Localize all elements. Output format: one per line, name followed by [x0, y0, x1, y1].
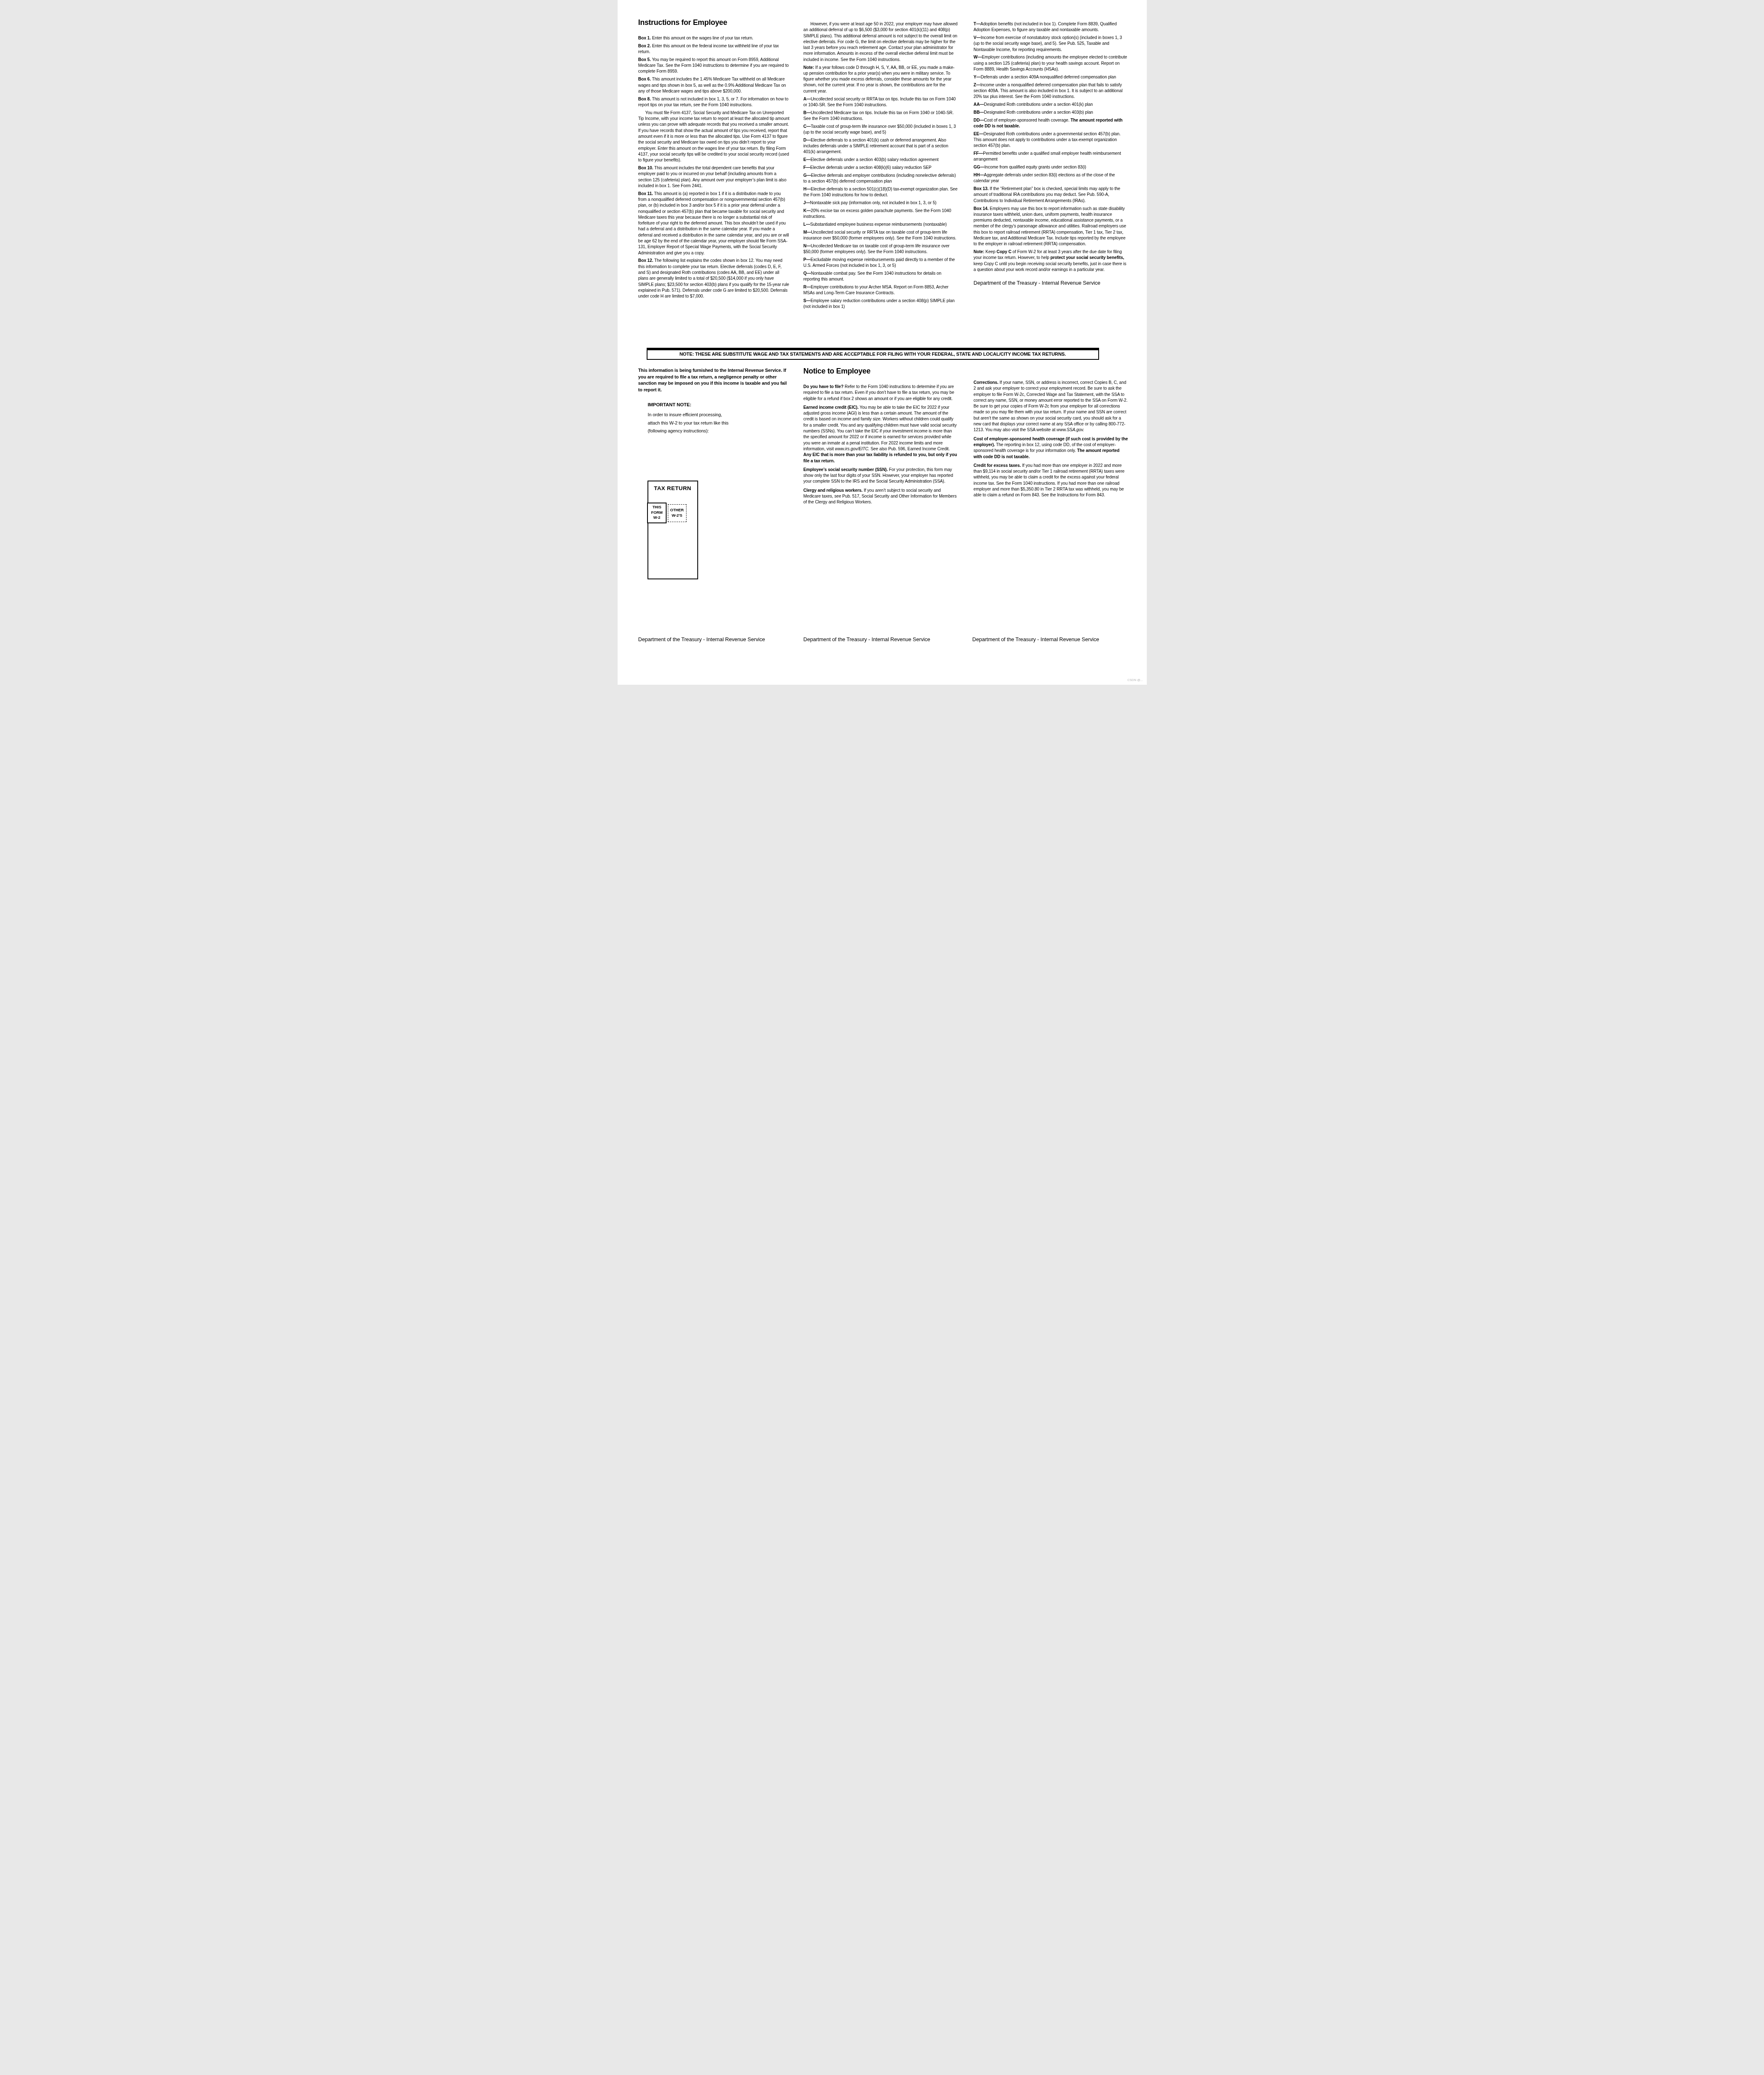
text-segment: This amount is (a) reported in box 1 if … — [638, 192, 789, 256]
paragraph: Z—Income under a nonqualified deferred c… — [974, 83, 1127, 100]
text-segment: You may be required to report this amoun… — [638, 58, 789, 74]
text-segment: Box 6. — [638, 77, 651, 82]
text-segment: DD— — [974, 118, 984, 123]
text-segment: Box 5. — [638, 58, 651, 62]
paragraph: F—Elective deferrals under a section 408… — [804, 165, 958, 171]
text-segment: This amount includes the total dependent… — [638, 166, 787, 188]
paragraph: Q—Nontaxable combat pay. See the Form 10… — [804, 271, 958, 283]
text-segment: However, if you were at least age 50 in … — [804, 22, 958, 62]
text-segment: FF— — [974, 151, 983, 156]
paragraph: S—Employee salary reduction contribution… — [804, 298, 958, 310]
text-segment: Aggregate deferrals under section 83(i) … — [974, 173, 1115, 183]
paragraph: HH—Aggregate deferrals under section 83(… — [974, 173, 1127, 185]
text-segment: Uncollected Medicare tax on taxable cost… — [804, 244, 950, 254]
treasury-footer-left: Department of the Treasury - Internal Re… — [638, 636, 765, 642]
text-segment: Cost of employer-sponsored health covera… — [984, 118, 1071, 123]
text-segment: Income from exercise of nonstatutory sto… — [974, 36, 1122, 52]
paragraph: FF—Permitted benefits under a qualified … — [974, 151, 1127, 163]
text-line: W-2’S — [668, 513, 686, 519]
text-segment: Enter this amount on the wages line of y… — [651, 36, 753, 41]
paragraph: C—Taxable cost of group-term life insura… — [804, 124, 958, 136]
paragraph: Clergy and religious workers. If you are… — [804, 488, 958, 506]
paragraph: Corrections. If your name, SSN, or addre… — [974, 380, 1128, 434]
text-segment: Employers may use this box to report inf… — [974, 207, 1126, 247]
this-form-w2-box: THISFORMW-2 — [647, 503, 667, 523]
paragraph: Box 11. This amount is (a) reported in b… — [638, 191, 790, 256]
important-note-title: IMPORTANT NOTE: — [648, 403, 785, 408]
text-segment: Designated Roth contributions under a se… — [984, 110, 1093, 115]
notice-title: Notice to Employee — [804, 367, 958, 375]
text-segment: C— — [804, 124, 811, 129]
paragraph: AA—Designated Roth contributions under a… — [974, 102, 1127, 108]
text-segment: Adoption benefits (not included in box 1… — [974, 22, 1117, 32]
text-line: THIS — [648, 505, 666, 510]
notice-right-paragraphs: Corrections. If your name, SSN, or addre… — [974, 380, 1128, 499]
text-segment: Employer contributions to your Archer MS… — [804, 285, 949, 295]
paragraph: K—20% excise tax on excess golden parach… — [804, 208, 958, 220]
text-segment: Note: — [974, 250, 985, 254]
paragraph: GG—Income from qualified equity grants u… — [974, 165, 1127, 171]
important-note-lines: In order to insure efficient processing,… — [648, 411, 785, 436]
text-segment: T— — [974, 22, 981, 27]
notice-to-employee-column: Notice to Employee Do you have to file? … — [804, 367, 958, 509]
treasury-department-line-top: Department of the Treasury - Internal Re… — [974, 280, 1127, 286]
text-segment: Nontaxable combat pay. See the Form 1040… — [804, 271, 941, 282]
instructions-left-paragraphs: Box 1. Enter this amount on the wages li… — [638, 36, 790, 300]
paragraph: Box 8. This amount is not included in bo… — [638, 97, 790, 109]
paragraph: Box 1. Enter this amount on the wages li… — [638, 36, 790, 41]
text-segment: G— — [804, 173, 811, 178]
text-segment: Enter this amount on the federal income … — [638, 44, 779, 54]
tax-return-box: TAX RETURN THISFORMW-2 OTHERW-2’S — [647, 481, 698, 579]
paragraph: Y—Deferrals under a section 409A nonqual… — [974, 75, 1127, 81]
text-segment: Elective deferrals under a section 403(b… — [811, 158, 939, 162]
paragraph: Box 10. This amount includes the total d… — [638, 166, 790, 189]
instructions-title: Instructions for Employee — [638, 18, 790, 27]
paragraph: Credit for excess taxes. If you had more… — [974, 463, 1128, 499]
text-segment: B— — [804, 111, 811, 115]
text-segment: Copy C — [997, 250, 1011, 254]
text-segment: Employer contributions (including amount… — [974, 55, 1127, 72]
paragraph: J—Nontaxable sick pay (information only,… — [804, 200, 958, 206]
text-segment: K— — [804, 209, 811, 213]
text-segment: Elective deferrals to a section 501(c)(1… — [804, 187, 958, 198]
notice-right-column: Corrections. If your name, SSN, or addre… — [974, 380, 1128, 502]
text-segment: Employee’s social security number (SSN). — [804, 468, 888, 472]
text-segment: E— — [804, 158, 811, 162]
w2-instructions-page: Instructions for Employee Box 1. Enter t… — [618, 0, 1147, 685]
text-segment: V— — [974, 36, 981, 40]
text-segment: Box 11. — [638, 192, 653, 196]
instructions-column-right: T—Adoption benefits (not included in box… — [974, 22, 1127, 286]
substitute-statement-banner-text: NOTE: THESE ARE SUBSTITUTE WAGE AND TAX … — [679, 352, 1066, 357]
text-segment: P— — [804, 258, 811, 262]
paragraph: L—Substantiated employee business expens… — [804, 222, 958, 228]
text-segment: Uncollected Medicare tax on tips. Includ… — [804, 111, 954, 121]
instructions-column-left: Instructions for Employee Box 1. Enter t… — [638, 18, 790, 302]
irs-furnishing-notice: This information is being furnished to t… — [638, 368, 791, 395]
paragraph: D—Elective deferrals to a section 401(k)… — [804, 138, 958, 156]
text-segment: Box 12. — [638, 259, 653, 263]
text-segment: Excludable moving expense reimbursements… — [804, 258, 955, 268]
text-segment: Designated Roth contributions under a se… — [984, 103, 1093, 107]
instructions-middle-paragraphs: However, if you were at least age 50 in … — [804, 22, 958, 310]
text-segment: W— — [974, 55, 982, 60]
text-segment: EE— — [974, 132, 984, 137]
substitute-statement-banner: NOTE: THESE ARE SUBSTITUTE WAGE AND TAX … — [647, 348, 1099, 360]
text-segment: You may be able to take the EIC for 2022… — [804, 405, 957, 452]
text-segment: Z— — [974, 83, 981, 88]
text-segment: Credit for excess taxes. — [974, 464, 1021, 468]
text-segment: Any EIC that is more than your tax liabi… — [804, 453, 957, 463]
text-segment: If you had more than one employer in 202… — [974, 464, 1125, 498]
tax-return-attachment-diagram: TAX RETURN THISFORMW-2 OTHERW-2’S — [647, 481, 698, 579]
paragraph: EE—Designated Roth contributions under a… — [974, 132, 1127, 149]
text-segment: J— — [804, 201, 810, 205]
text-segment: Keep — [985, 250, 997, 254]
paragraph: Employee’s social security number (SSN).… — [804, 467, 958, 485]
paragraph: H—Elective deferrals to a section 501(c)… — [804, 187, 958, 199]
paragraph: However, if you were at least age 50 in … — [804, 22, 958, 63]
text-segment: Deferrals under a section 409A nonqualif… — [981, 75, 1116, 80]
paragraph: M—Uncollected social security or RRTA ta… — [804, 230, 958, 242]
text-segment: www.SSA.gov. — [1057, 428, 1084, 432]
important-note-block: IMPORTANT NOTE: In order to insure effic… — [648, 403, 785, 436]
text-segment: Y— — [974, 75, 981, 80]
text-segment: GG— — [974, 165, 985, 170]
paragraph: Box 12. The following list explains the … — [638, 258, 790, 300]
text-segment: The following list explains the codes sh… — [638, 259, 789, 299]
text-segment: Elective deferrals to a section 401(k) c… — [804, 138, 948, 155]
paragraph: Box 5. You may be required to report thi… — [638, 57, 790, 75]
text-segment: L— — [804, 222, 811, 227]
text-segment: Income from qualified equity grants unde… — [985, 165, 1086, 170]
paragraph: G—Elective deferrals and employer contri… — [804, 173, 958, 185]
paragraph: You must file Form 4137, Social Security… — [638, 110, 790, 164]
text-segment: If a year follows code D through H, S, Y… — [804, 66, 955, 94]
text-segment: This amount is not included in box 1, 3,… — [638, 97, 789, 107]
text-segment: Uncollected social security or RRTA tax … — [804, 97, 956, 107]
paragraph: Box 2. Enter this amount on the federal … — [638, 44, 790, 56]
text-line: FORM — [648, 510, 666, 516]
treasury-footer-right: Department of the Treasury - Internal Re… — [972, 636, 1099, 642]
paragraph: Earned income credit (EIC). You may be a… — [804, 405, 958, 464]
text-segment: keep Copy C until you begin receiving so… — [974, 262, 1126, 272]
text-segment: You must file Form 4137, Social Security… — [638, 111, 789, 163]
paragraph: BB—Designated Roth contributions under a… — [974, 110, 1127, 116]
paragraph: Note: If a year follows code D through H… — [804, 65, 958, 95]
paragraph: W—Employer contributions (including amou… — [974, 55, 1127, 73]
text-segment: Box 14. — [974, 207, 989, 211]
instructions-right-paragraphs: T—Adoption benefits (not included in box… — [974, 22, 1127, 273]
text-segment: R— — [804, 285, 811, 290]
paragraph: Do you have to file? Refer to the Form 1… — [804, 384, 958, 402]
text-segment: Box 10. — [638, 166, 653, 171]
text-segment: Income under a nonqualified deferred com… — [974, 83, 1123, 100]
tax-return-box-title: TAX RETURN — [648, 485, 697, 491]
paragraph: A—Uncollected social security or RRTA ta… — [804, 97, 958, 109]
paragraph: V—Income from exercise of nonstatutory s… — [974, 35, 1127, 53]
text-segment: 20% excise tax on excess golden parachut… — [804, 209, 951, 219]
text-segment: Employee salary reduction contributions … — [804, 299, 955, 309]
paragraph: P—Excludable moving expense reimbursemen… — [804, 257, 958, 269]
text-segment: Clergy and religious workers. — [804, 488, 863, 493]
text-segment: S— — [804, 299, 811, 303]
irs-furnishing-notice-paragraphs: This information is being furnished to t… — [638, 368, 791, 393]
text-line: In order to insure efficient processing, — [648, 411, 785, 420]
text-segment: Earned income credit (EIC). — [804, 405, 859, 410]
text-segment: Box 13. — [974, 187, 989, 191]
text-segment: If your name, SSN, or address is incorre… — [974, 381, 1128, 432]
instructions-column-middle: However, if you were at least age 50 in … — [804, 22, 958, 312]
text-segment: Uncollected social security or RRTA tax … — [804, 230, 957, 241]
text-segment: F— — [804, 166, 811, 170]
text-segment: If the “Retirement plan” box is checked,… — [974, 187, 1121, 203]
text-segment: www.irs.gov/EITC. — [835, 447, 870, 452]
text-segment: Substantiated employee business expense … — [810, 222, 947, 227]
text-segment: See also Pub. 596, Earned Income Credit. — [870, 447, 950, 452]
paragraph: Box 14. Employers may use this box to re… — [974, 206, 1127, 248]
text-segment: BB— — [974, 110, 984, 115]
paragraph: T—Adoption benefits (not included in box… — [974, 22, 1127, 34]
text-segment: Box 1. — [638, 36, 651, 41]
text-segment: This amount includes the 1.45% Medicare … — [638, 77, 786, 94]
text-line: OTHER — [668, 508, 686, 513]
paragraph: Box 13. If the “Retirement plan” box is … — [974, 186, 1127, 204]
paragraph: Box 6. This amount includes the 1.45% Me… — [638, 77, 790, 95]
paragraph: E—Elective deferrals under a section 403… — [804, 157, 958, 163]
text-segment: Elective deferrals under a section 408(k… — [810, 166, 931, 170]
text-line: attach this W-2 to your tax return like … — [648, 420, 785, 428]
text-segment: Elective deferrals and employer contribu… — [804, 173, 956, 184]
text-segment: Corrections. — [974, 381, 999, 385]
paragraph: B—Uncollected Medicare tax on tips. Incl… — [804, 110, 958, 122]
csdn-watermark: CSDN @... — [1127, 678, 1143, 682]
paragraph: Cost of employer-sponsored health covera… — [974, 437, 1128, 460]
paragraph: Note: Keep Copy C of Form W-2 for at lea… — [974, 249, 1127, 273]
treasury-footer-middle: Department of the Treasury - Internal Re… — [804, 636, 931, 642]
text-segment: Box 2. — [638, 44, 651, 49]
text-segment: A— — [804, 97, 811, 102]
paragraph: DD—Cost of employer-sponsored health cov… — [974, 118, 1127, 130]
notice-left-paragraphs: Do you have to file? Refer to the Form 1… — [804, 384, 958, 506]
text-segment: Note: — [804, 66, 814, 70]
text-segment: HH— — [974, 173, 984, 178]
paragraph: N—Uncollected Medicare tax on taxable co… — [804, 244, 958, 256]
paragraph: R—Employer contributions to your Archer … — [804, 285, 958, 297]
text-segment: protect your social security benefits, — [1051, 256, 1124, 260]
text-segment: Do you have to file? — [804, 385, 844, 389]
text-segment: M— — [804, 230, 811, 235]
text-segment: Permitted benefits under a qualified sma… — [974, 151, 1121, 162]
text-line: W-2 — [648, 515, 666, 521]
text-segment: AA— — [974, 103, 984, 107]
text-segment: D— — [804, 138, 811, 143]
text-line: (following agency instructions): — [648, 427, 785, 436]
other-w2s-box: OTHERW-2’S — [668, 504, 687, 522]
text-segment: H— — [804, 187, 811, 192]
text-segment: This information is being furnished to t… — [638, 368, 787, 393]
text-segment: Nontaxable sick pay (information only, n… — [810, 201, 936, 205]
text-segment: Box 8. — [638, 97, 651, 102]
text-segment: Q— — [804, 271, 811, 276]
text-segment: Designated Roth contributions under a go… — [974, 132, 1121, 149]
paragraph: This information is being furnished to t… — [638, 368, 791, 393]
text-segment: Taxable cost of group-term life insuranc… — [804, 124, 956, 135]
text-segment: N— — [804, 244, 811, 249]
